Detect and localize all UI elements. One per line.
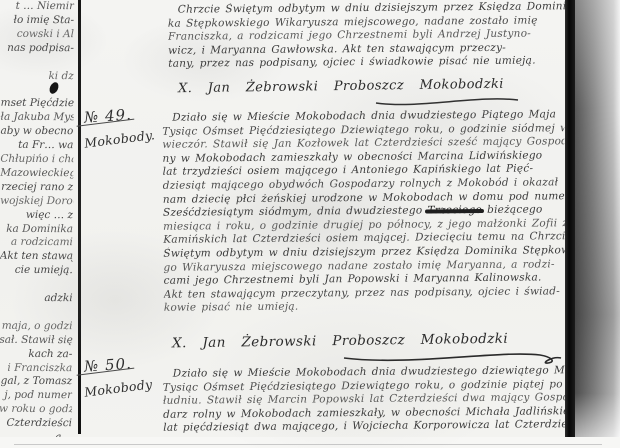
cut-off-text-line: rzeciej rano z — [0, 181, 73, 195]
record-number: № 49. — [83, 105, 132, 126]
record-place: Mokobody — [83, 375, 162, 399]
cut-off-text-line: mset Pięćdzie- — [1, 97, 74, 111]
record-number: № 50. — [83, 354, 132, 375]
cut-off-text-line: aby w obecno- — [0, 125, 73, 139]
cut-off-text-line: ka Dominika — [0, 222, 73, 236]
cut-off-text-line: ła Jakuba Myst — [1, 111, 74, 125]
cut-off-text-line: Czterdzieści — [0, 417, 72, 431]
record-49-text: Działo się w Mieście Mokobodach dnia dwu… — [162, 108, 566, 315]
scan-edge-line — [14, 444, 602, 445]
cut-off-text-line: ta Fr… wa — [0, 139, 73, 153]
cut-off-text-line: Chłupińo i cha- — [0, 153, 73, 167]
cut-off-text-line: wojskiej Dorocie — [0, 194, 73, 208]
cut-off-text-line — [1, 55, 74, 69]
cut-off-text-line: kach za- — [0, 347, 72, 361]
previous-record-end-text: Chrzcie Świętym odbytym w dniu dzisiejsz… — [168, 0, 567, 71]
cut-off-text-line: j, pod numer — [0, 389, 72, 403]
cut-off-text-line: nas podpisa- — [1, 42, 74, 56]
scan-bottom-strip — [0, 437, 620, 448]
cut-off-text-line: w roku o godzi- — [0, 403, 72, 417]
binding-shadow — [575, 0, 620, 437]
scanned-register-page: t … Niemirło imię Sta-cowski i Alnas pod… — [0, 0, 620, 448]
cut-off-text-line: Akt ten stawają- — [0, 250, 73, 264]
record-place: Mokobody. — [83, 126, 162, 150]
cut-off-text-line: ło imię Sta- — [1, 14, 74, 28]
record-49-margin: № 49. Mokobody. — [84, 106, 162, 146]
page-edge-line — [565, 0, 575, 437]
cut-off-text-line: więc … z — [0, 208, 73, 222]
cut-off-text-line: adzki — [0, 292, 73, 306]
cut-off-text-line: gal, z Tomasz — [0, 375, 72, 389]
cut-off-text-line: i Franciszka — [0, 361, 72, 375]
page-margin-rule — [78, 0, 81, 434]
handwritten-line: lat pięćdziesiąt dwa mającego, i Wojciec… — [163, 419, 565, 436]
cut-off-text-line: Mazowieckiego — [0, 167, 73, 181]
cut-off-text-line: maja, o godzi — [0, 320, 72, 334]
cut-off-text-line — [1, 83, 74, 97]
cut-off-text-line: ki dz — [1, 69, 74, 83]
signature-flourish — [372, 94, 522, 108]
signature-flourish — [340, 348, 565, 366]
facing-page-edge: t … Niemirło imię Sta-cowski i Alnas pod… — [0, 0, 77, 448]
cut-off-text-line: sał. Stawił się — [0, 334, 72, 348]
handwritten-line: kowie pisać nie umieją. — [164, 299, 566, 316]
cut-off-text-line: cie umieją. — [0, 264, 73, 278]
cut-off-text-line — [0, 306, 73, 320]
record-50-margin: № 50. Mokobody — [84, 355, 162, 395]
cut-off-text-line — [0, 278, 73, 292]
record-50-text: Działo się w Mieście Mokobodach dnia dwu… — [163, 364, 566, 435]
cut-off-text-line: t … Niemir — [1, 0, 74, 14]
cut-off-text-line: cowski i Al — [1, 28, 74, 42]
cut-off-text-line: a rodzicami — [0, 236, 73, 250]
handwritten-line: tany, przez nas podpisany, ojciec i świa… — [168, 55, 566, 72]
